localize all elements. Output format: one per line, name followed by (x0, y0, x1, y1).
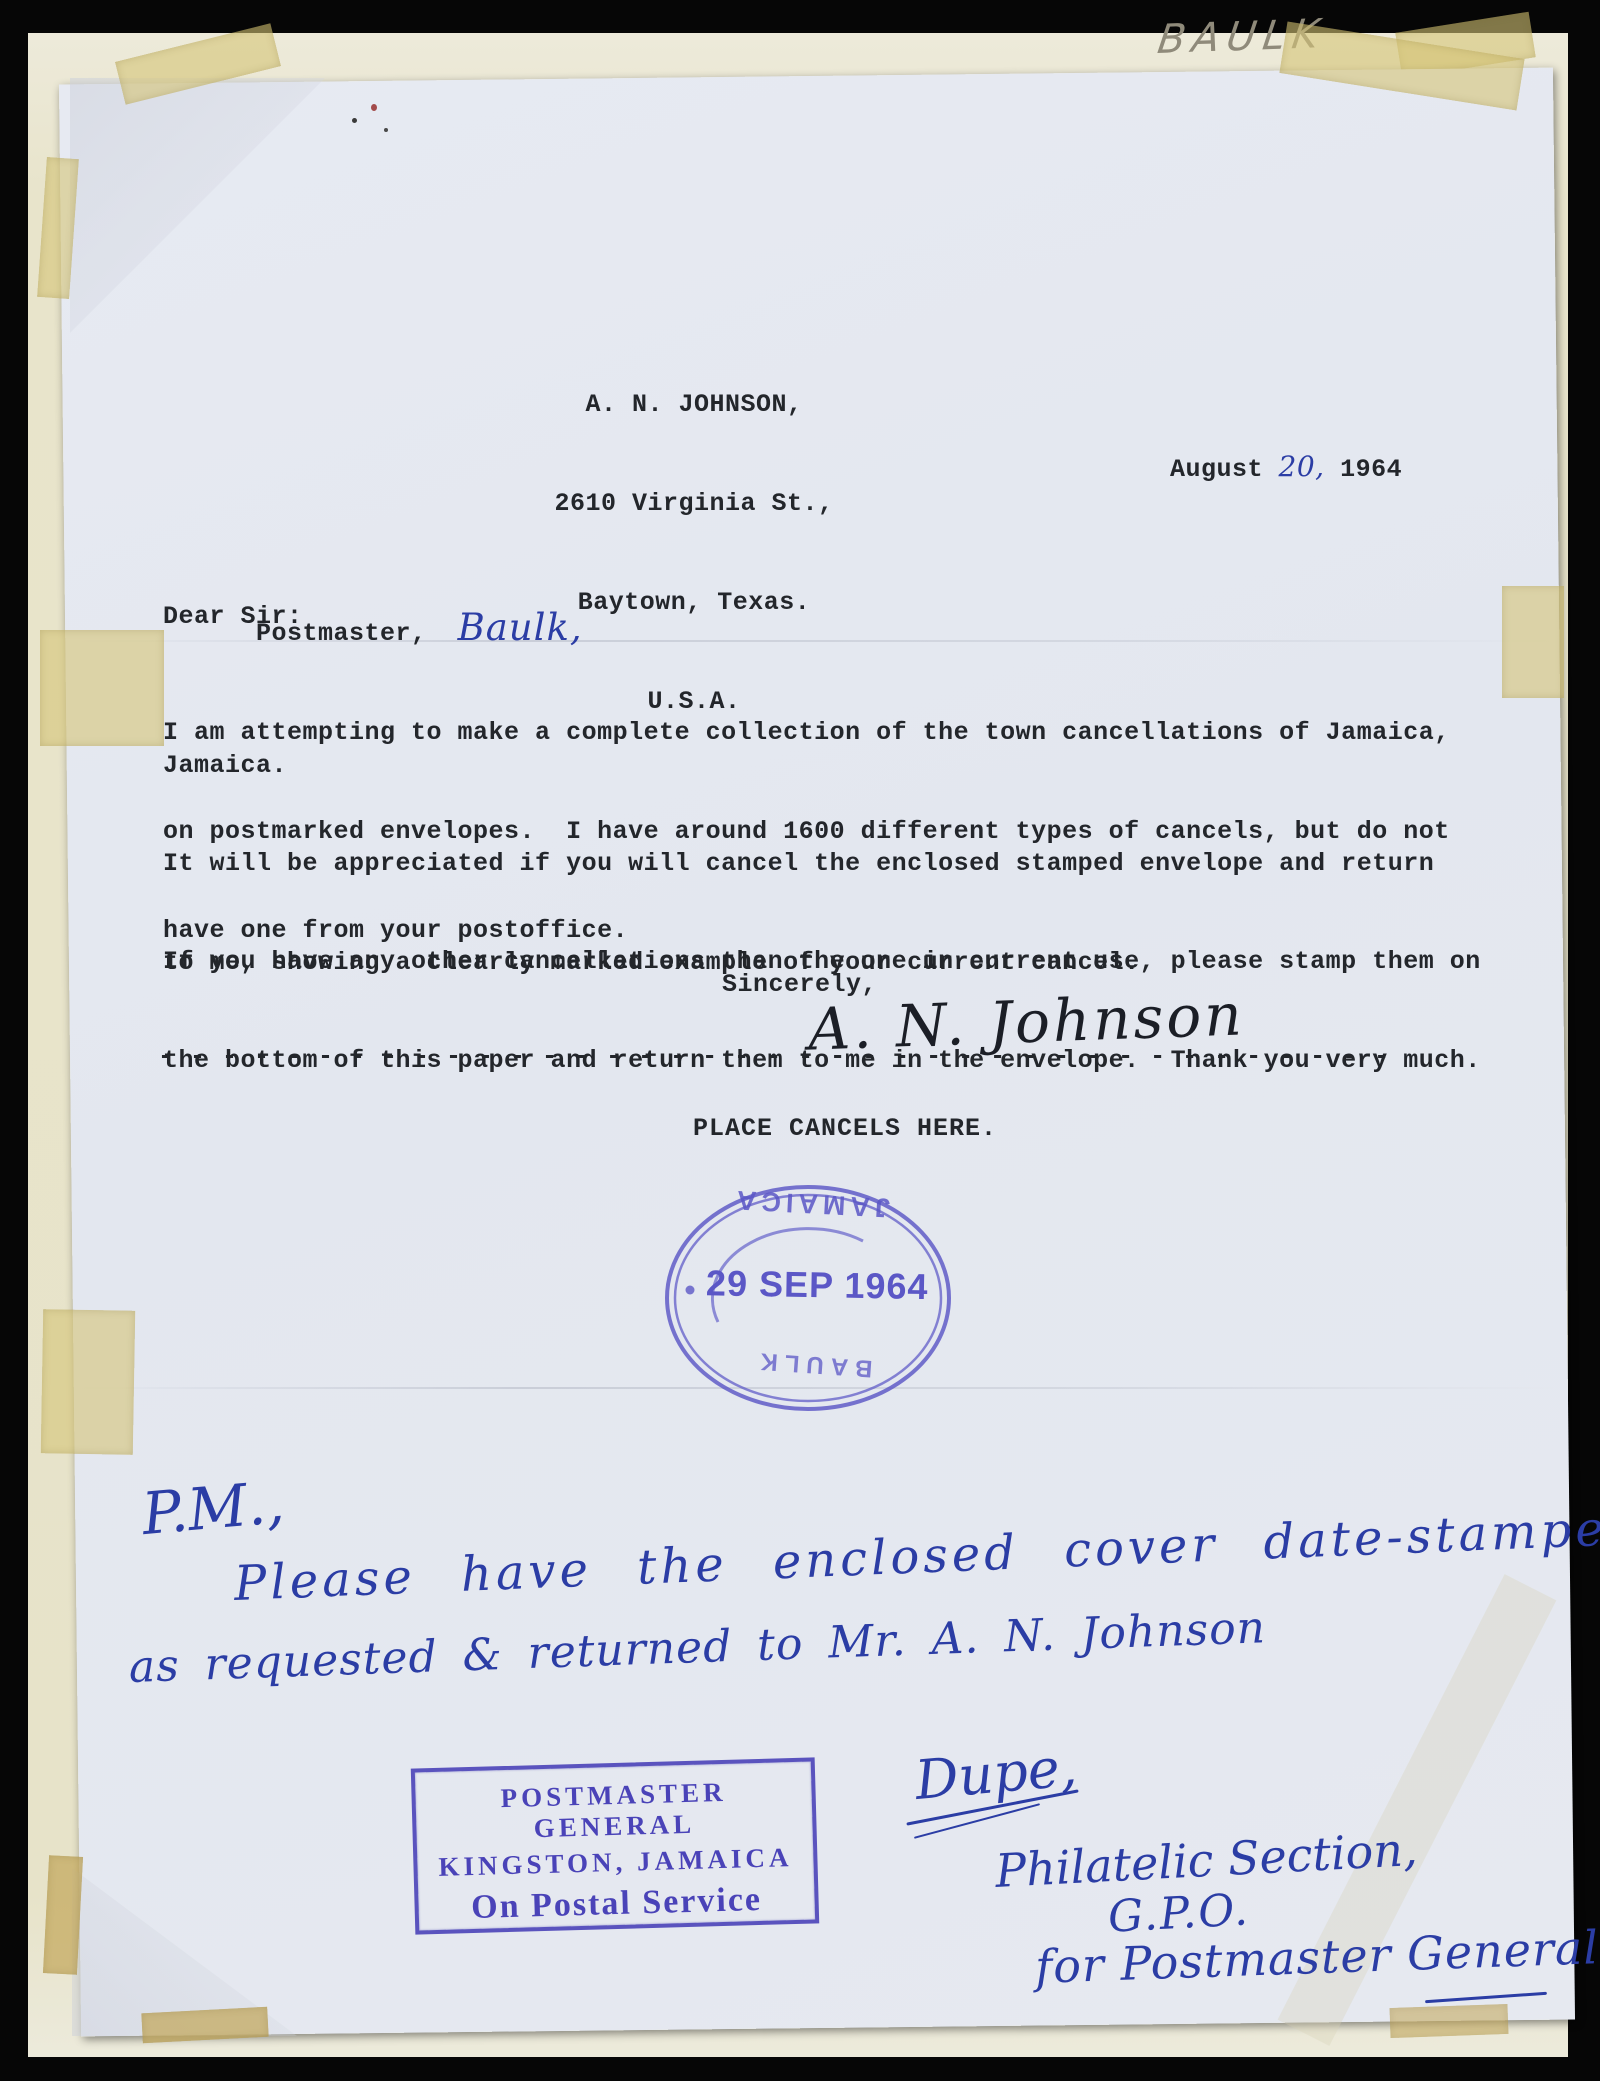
tape-left-lower (41, 1309, 135, 1455)
box-stamp-line2: KINGSTON, JAMAICA (417, 1841, 814, 1883)
cancels-caption: PLACE CANCELS HERE. (693, 1112, 997, 1145)
box-stamp-line1: POSTMASTER GENERAL (415, 1774, 813, 1847)
pm-note-salutation: P.M., (139, 1468, 286, 1548)
paper-speck (384, 128, 388, 132)
recipient-handwritten: Baulk, (458, 606, 583, 649)
sender-name: A. N. JOHNSON, (498, 388, 890, 421)
paper-speck-red (371, 104, 377, 111)
tape-right-middle (1502, 586, 1564, 698)
tape-left-middle (40, 630, 164, 746)
paper-speck (352, 118, 357, 123)
postmaster-general-box-stamp: POSTMASTER GENERAL KINGSTON, JAMAICA On … (411, 1757, 819, 1934)
tape-bottom-right-edge (1390, 2004, 1509, 2038)
tape-bottom-left-corner (43, 1855, 83, 1975)
postmark-date: 29 SEP 1964 (706, 1262, 913, 1308)
scanned-letter-page: BAULK A. N. JOHNSON, 2610 Virginia St., … (0, 0, 1600, 2081)
salutation: Dear Sir: (163, 600, 303, 633)
body-line: I am attempting to make a complete colle… (163, 716, 1450, 749)
date-day-handwritten: 20, (1279, 450, 1325, 483)
date-year: 1964 (1340, 455, 1402, 484)
postmark-dot (686, 1286, 695, 1295)
box-stamp-line3: On Postal Service (418, 1879, 815, 1928)
date-line: August 20, 1964 (1108, 417, 1402, 519)
date-month: August (1170, 455, 1263, 484)
body-line: It will be appreciated if you will cance… (163, 847, 1434, 880)
